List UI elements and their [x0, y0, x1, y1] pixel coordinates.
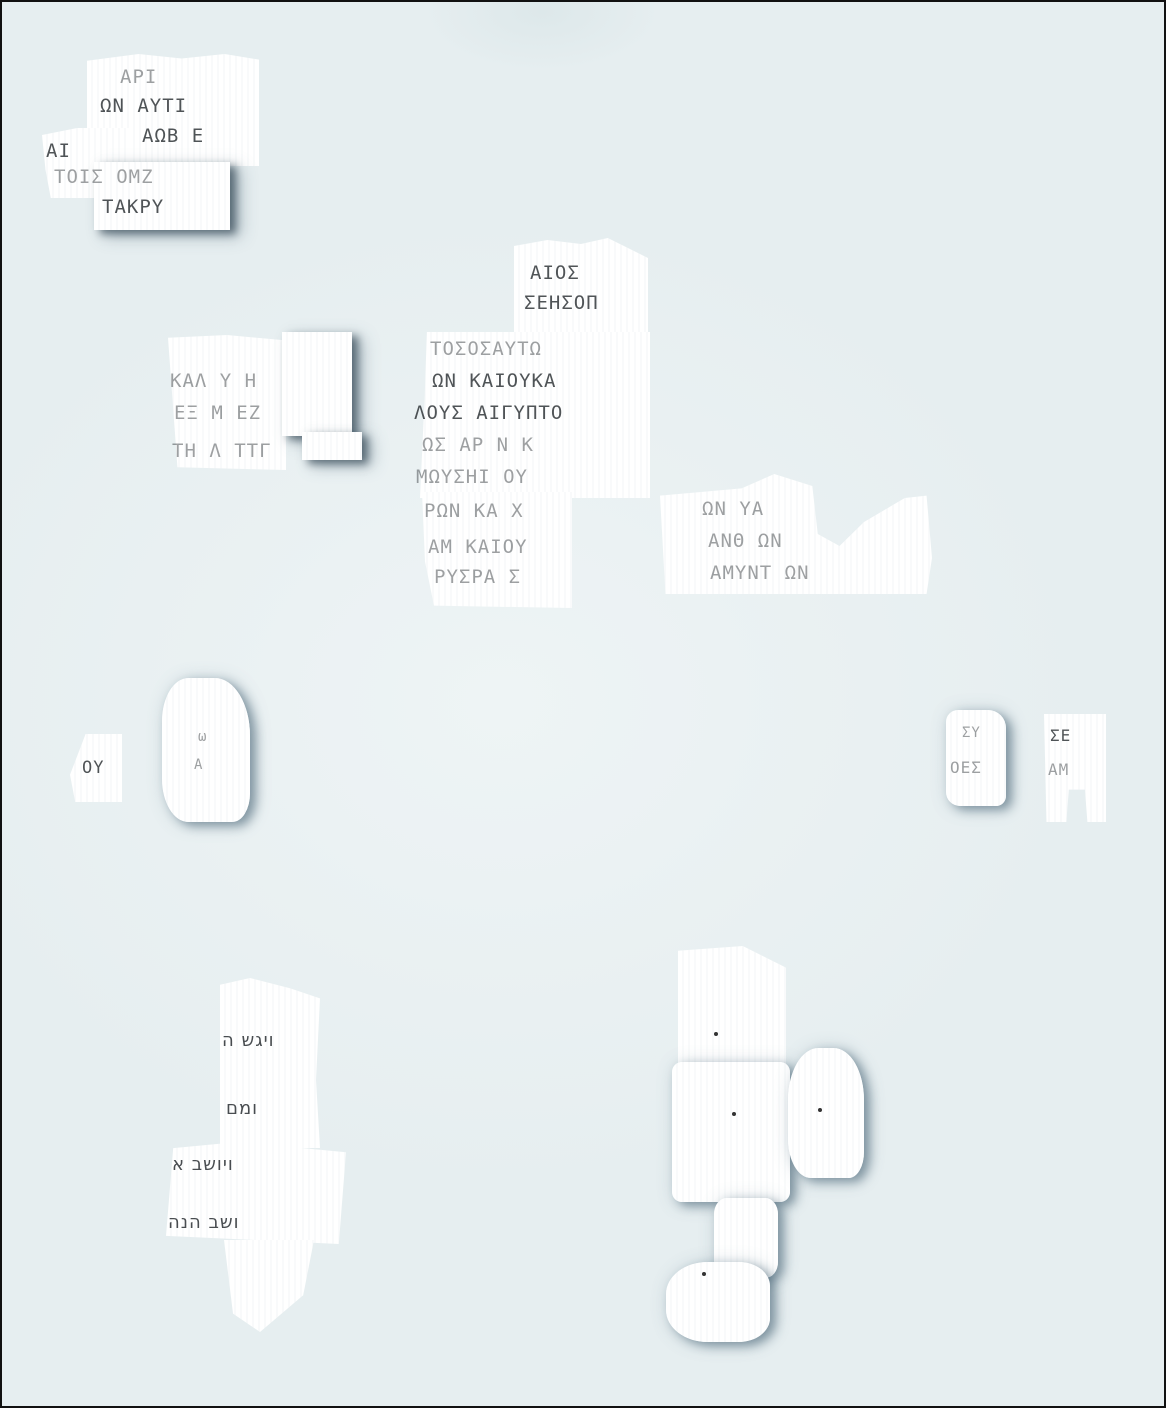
greek-text-line: ΤΟΣΟΣΑΥΤΩ	[430, 340, 542, 359]
greek-text-line: ΑΜ	[1048, 762, 1069, 778]
greek-text-line: ΡΥΣΡΑ Σ	[434, 568, 521, 587]
photo-plate: ΑΡΙ ΩΝ ΑΥΤΙ ΑΩΒ Ε ΑΙ ΤΟΙΣ ΟΜΖ ΤΑΚΡΥ ΚΑΛ …	[0, 0, 1166, 1408]
greek-text-line: ω	[198, 730, 207, 744]
greek-text-line: ΑΜ ΚΑΙΟΥ	[428, 538, 528, 557]
greek-text-line: ΩΝ ΑΥΤΙ	[100, 97, 187, 116]
papyrus-piece	[220, 978, 320, 1148]
greek-text-line: ΩΣ ΑΡ Ν Κ	[422, 436, 534, 455]
greek-text-line: ΟΕΣ	[950, 760, 982, 776]
greek-text-line: ΤΗ Λ ΤΤΓ	[172, 442, 272, 461]
papyrus-piece	[302, 432, 362, 460]
papyrus-piece	[282, 332, 352, 436]
greek-text-line: ΩΝ ΚΑΙΟΥΚΑ	[432, 372, 556, 391]
greek-text-line: ΑΜΥΝΤ ΩΝ	[710, 564, 810, 583]
papyrus-piece	[162, 678, 250, 822]
hebrew-text-line: ושב הנה	[168, 1214, 240, 1232]
greek-text-line: ΑΝΘ ΩΝ	[708, 532, 783, 551]
greek-text-line: Α	[194, 758, 203, 772]
greek-text-line: ΟΥ	[82, 760, 104, 777]
greek-text-line: ΣΕ	[1050, 728, 1071, 744]
greek-text-line: ΚΑΛ Υ Η	[170, 372, 257, 391]
greek-text-line: ΑΙΟΣ	[530, 264, 580, 283]
greek-text-line: ΑΡΙ	[120, 68, 157, 87]
greek-text-line: ΡΩΝ ΚΑ Χ	[424, 502, 524, 521]
papyrus-piece	[666, 1262, 770, 1342]
ink-trace	[732, 1112, 736, 1116]
greek-text-line: ΤΑΚΡΥ	[102, 198, 164, 217]
greek-text-line: ΑΙ	[46, 142, 71, 161]
papyrus-piece	[672, 1062, 790, 1202]
papyrus-piece	[224, 1240, 314, 1332]
hebrew-text-line: ומם	[226, 1100, 258, 1118]
greek-text-line: ΤΟΙΣ ΟΜΖ	[54, 168, 154, 187]
ink-trace	[702, 1272, 706, 1276]
greek-text-line: ΑΩΒ Ε	[142, 127, 204, 146]
greek-text-line: ΜΩΥΣΗΙ ΟΥ	[416, 468, 528, 487]
greek-text-line: ΛΟΥΣ ΑΙΓΥΠΤΟ	[414, 404, 563, 423]
hebrew-text-line: ויגש ה	[222, 1032, 275, 1050]
greek-text-line: ΣΥ	[962, 726, 981, 740]
papyrus-piece	[514, 238, 648, 338]
ink-trace	[818, 1108, 822, 1112]
greek-text-line: ΕΞ Μ ΕΖ	[174, 404, 261, 423]
papyrus-piece	[678, 946, 786, 1066]
greek-text-line: ΣΕΗΣΟΠ	[524, 294, 599, 313]
hebrew-text-line: ויושב א	[172, 1156, 234, 1174]
papyrus-piece	[788, 1048, 864, 1178]
greek-text-line: ΩΝ ΥΑ	[702, 500, 764, 519]
ink-trace	[714, 1032, 718, 1036]
